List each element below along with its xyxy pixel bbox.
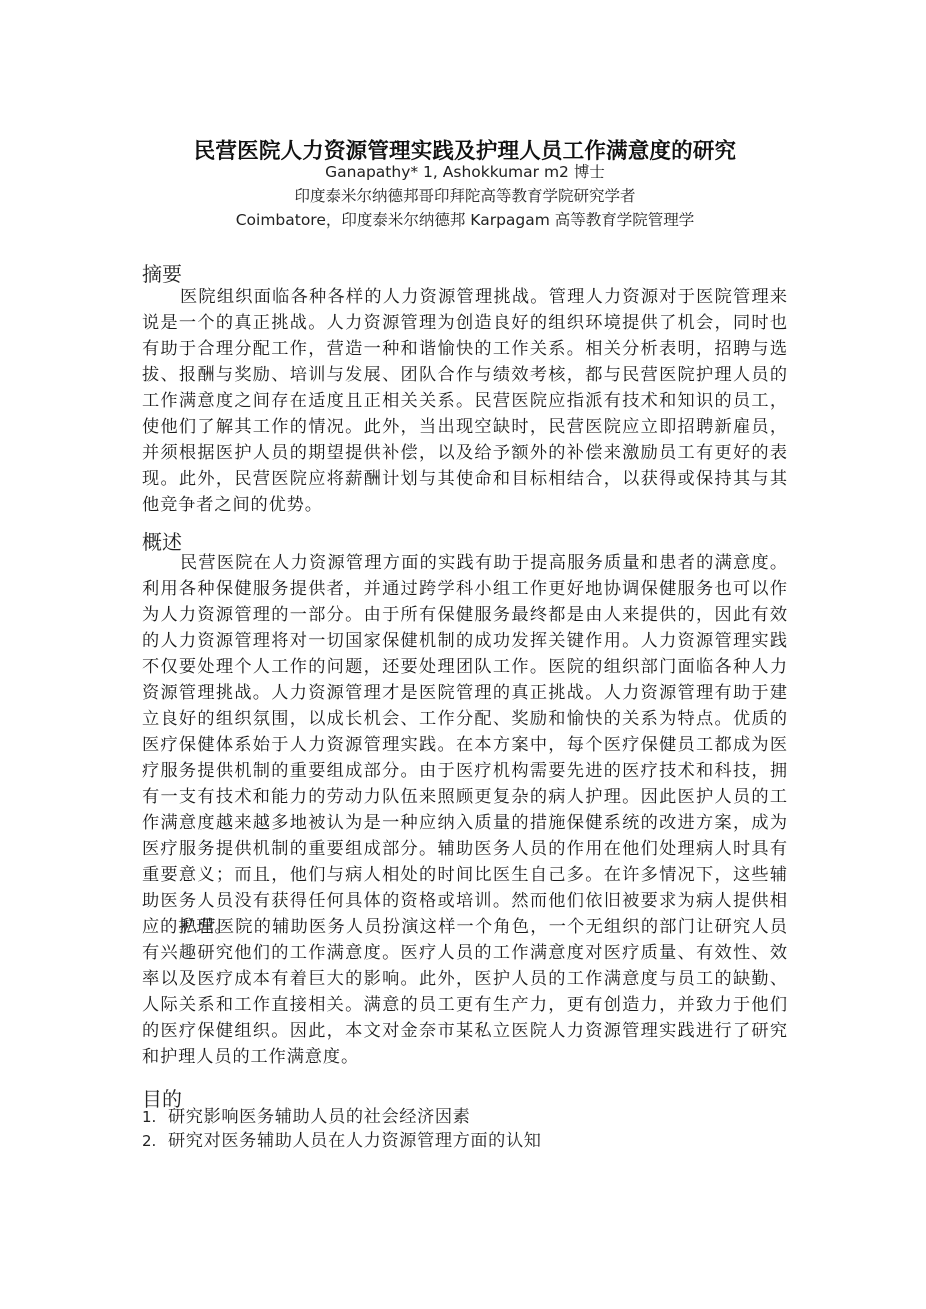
objective-number: 2.	[142, 1129, 168, 1153]
affiliation-1: 印度泰米尔纳德邦哥印拜陀高等教育学院研究学者	[142, 184, 788, 208]
author-block: Ganapathy* 1, Ashokkumar m2 博士 印度泰米尔纳德邦哥…	[142, 160, 788, 232]
objective-text: 研究影响医务辅助人员的社会经济因素	[168, 1105, 470, 1129]
objective-number: 1.	[142, 1105, 168, 1129]
overview-paragraph-2: 私营医院的辅助医务人员扮演这样一个角色，一个无组织的部门让研究人员有兴趣研究他们…	[142, 914, 788, 1070]
author-names: Ganapathy* 1, Ashokkumar m2 博士	[142, 160, 788, 184]
overview-paragraph-1: 民营医院在人力资源管理方面的实践有助于提高服务质量和患者的满意度。利用各种保健服…	[142, 550, 788, 940]
objective-item: 2. 研究对医务辅助人员在人力资源管理方面的认知	[142, 1129, 788, 1153]
affiliation-2: Coimbatore，印度泰米尔纳德邦 Karpagam 高等教育学院管理学	[142, 208, 788, 232]
objective-item: 1. 研究影响医务辅助人员的社会经济因素	[142, 1105, 788, 1129]
abstract-paragraph: 医院组织面临各种各样的人力资源管理挑战。管理人力资源对于医院管理来说是一个的真正…	[142, 284, 788, 518]
objective-text: 研究对医务辅助人员在人力资源管理方面的认知	[168, 1129, 542, 1153]
objectives-list: 1. 研究影响医务辅助人员的社会经济因素 2. 研究对医务辅助人员在人力资源管理…	[142, 1105, 788, 1153]
